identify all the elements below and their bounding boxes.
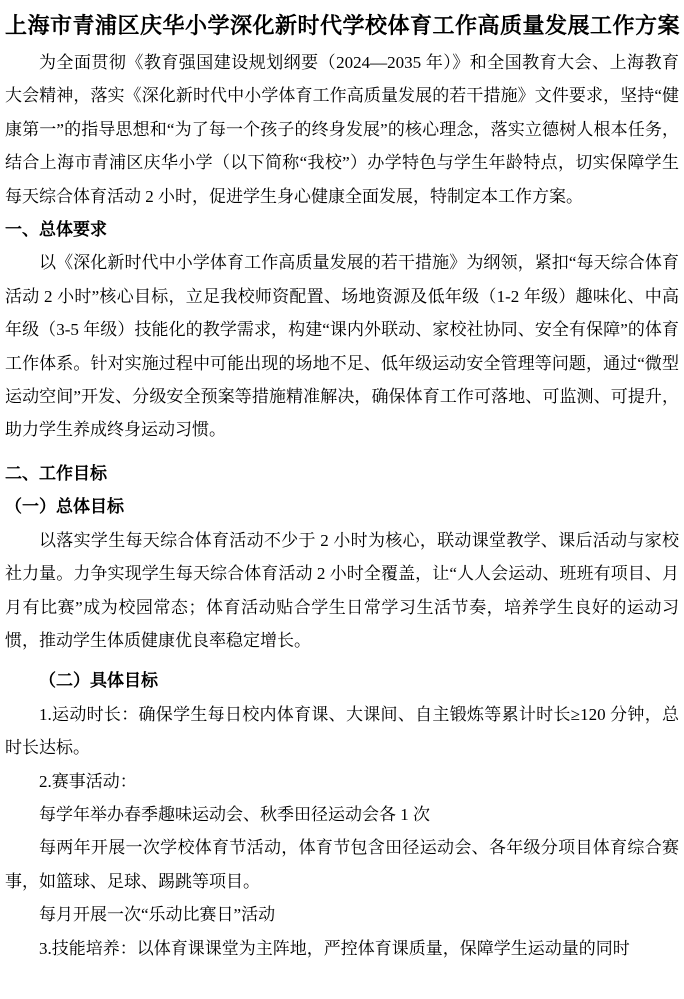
paragraph-general-goal: 以落实学生每天综合体育活动不少于 2 小时为核心，联动课堂教学、课后活动与家校社… — [5, 524, 679, 658]
heading-general-goal: （一）总体目标 — [5, 490, 679, 523]
paragraph-event-sports-festival: 每两年开展一次学校体育节活动，体育节包含田径运动会、各年级分项目体育综合赛事，如… — [5, 831, 679, 898]
paragraph-event-annual-meets: 每学年举办春季趣味运动会、秋季田径运动会各 1 次 — [5, 798, 679, 831]
paragraph-overall-requirements: 以《深化新时代中小学体育工作高质量发展的若干措施》为纲领，紧扣“每天综合体育活动… — [5, 246, 679, 446]
paragraph-goal-duration: 1.运动时长：确保学生每日校内体育课、大课间、自主锻炼等累计时长≥120 分钟，… — [5, 698, 679, 765]
paragraph-goal-skill-development: 3.技能培养：以体育课课堂为主阵地，严控体育课质量，保障学生运动量的同时 — [5, 932, 679, 965]
heading-overall-requirements: 一、总体要求 — [5, 213, 679, 246]
heading-specific-goals: （二）具体目标 — [5, 664, 679, 697]
heading-work-goals: 二、工作目标 — [5, 457, 679, 490]
document-page: 上海市青浦区庆华小学深化新时代学校体育工作高质量发展工作方案 为全面贯彻《教育强… — [0, 0, 684, 999]
paragraph-event-monthly-competition: 每月开展一次“乐动比赛日”活动 — [5, 898, 679, 931]
paragraph-preamble: 为全面贯彻《教育强国建设规划纲要（2024—2035 年）》和全国教育大会、上海… — [5, 46, 679, 213]
document-title: 上海市青浦区庆华小学深化新时代学校体育工作高质量发展工作方案 — [5, 6, 679, 46]
paragraph-goal-events-label: 2.赛事活动： — [5, 765, 679, 798]
